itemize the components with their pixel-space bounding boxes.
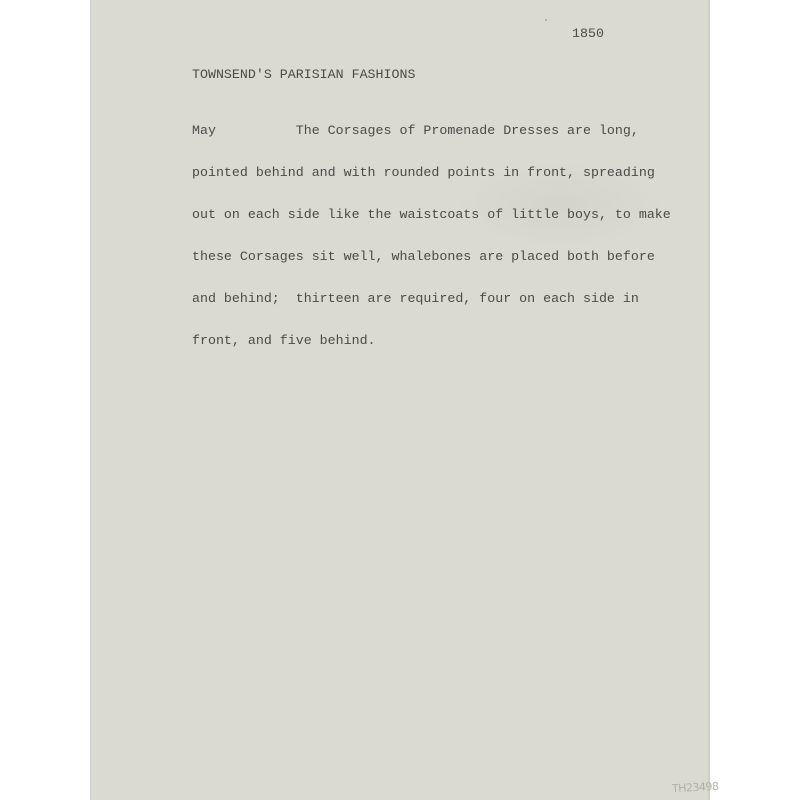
paper-speck (545, 19, 547, 21)
body-line: May The Corsages of Promenade Dresses ar… (192, 124, 671, 138)
document-body: May The Corsages of Promenade Dresses ar… (192, 96, 671, 376)
body-line: out on each side like the waistcoats of … (192, 208, 671, 222)
body-line: front, and five behind. (192, 334, 671, 348)
document-title: TOWNSEND'S PARISIAN FASHIONS (192, 68, 415, 82)
document-year: 1850 (572, 27, 604, 41)
body-line: pointed behind and with rounded points i… (192, 166, 671, 180)
archive-stamp: TH23498 (672, 780, 719, 795)
document-page: 1850 TOWNSEND'S PARISIAN FASHIONS May Th… (90, 0, 710, 800)
body-line: these Corsages sit well, whalebones are … (192, 250, 671, 264)
body-line: and behind; thirteen are required, four … (192, 292, 671, 306)
